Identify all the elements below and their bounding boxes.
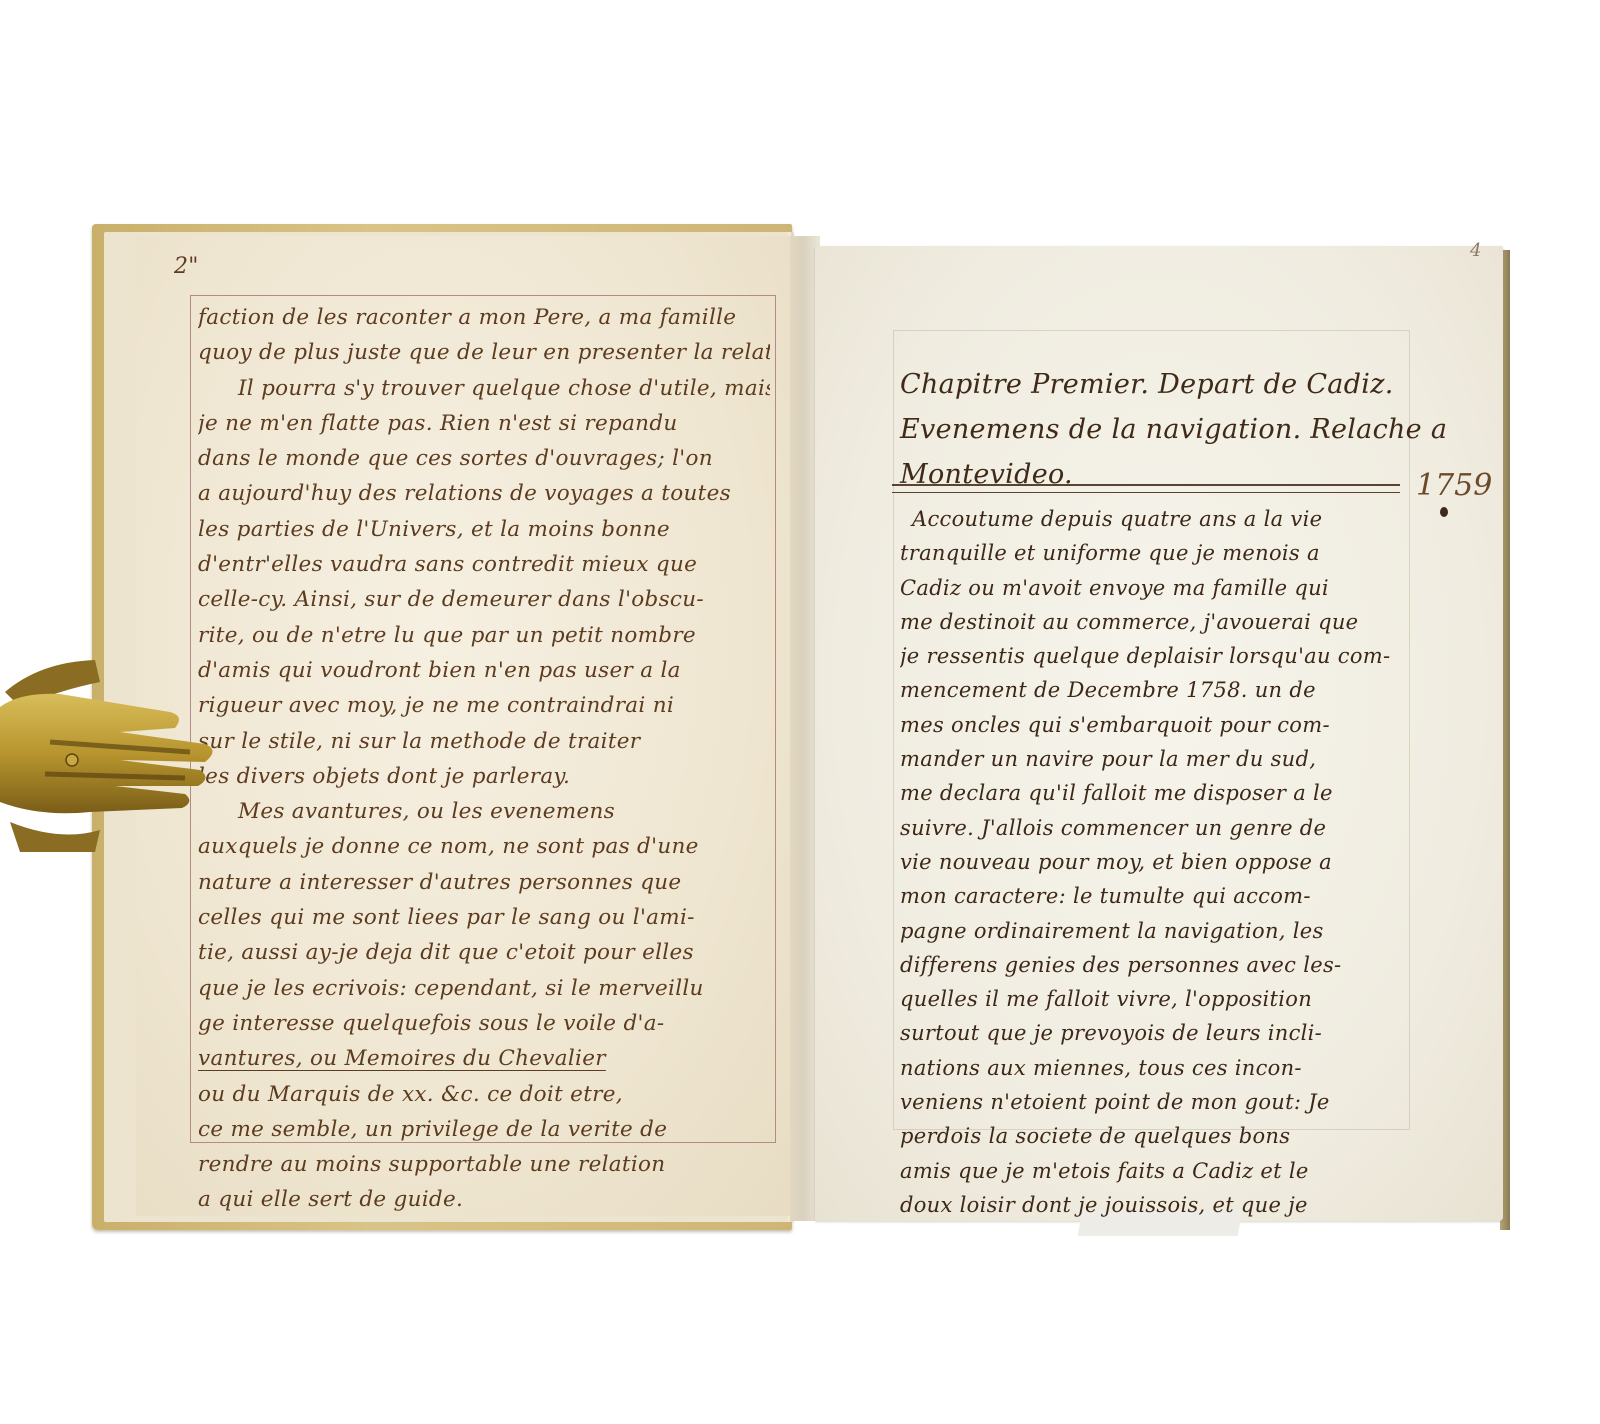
text-line: a aujourd'huy des relations de voyages a… (198, 476, 770, 511)
chapter-heading-line: Chapitre Premier. Depart de Cadiz. (900, 362, 1405, 407)
text-line: surtout que je prevoyois de leurs incli- (900, 1016, 1405, 1050)
text-line: pagne ordinairement la navigation, les (900, 914, 1405, 948)
text-line: veniens n'etoient point de mon gout: Je (900, 1085, 1405, 1119)
text-line: mes oncles qui s'embarquoit pour com- (900, 708, 1405, 742)
text-line: dans le monde que ces sortes d'ouvrages;… (198, 441, 770, 476)
text-line: differens genies des personnes avec les- (900, 948, 1405, 982)
text-line: quoy de plus juste que de leur en presen… (198, 335, 770, 370)
text-line: Il pourra s'y trouver quelque chose d'ut… (198, 371, 770, 406)
text-line: les divers objets dont je parleray. (198, 759, 770, 794)
right-page-number: 4 (1470, 240, 1481, 261)
text-line: Accoutume depuis quatre ans a la vie (900, 502, 1405, 536)
text-line: mander un navire pour la mer du sud, (900, 742, 1405, 776)
text-line: les parties de l'Univers, et la moins bo… (198, 512, 770, 547)
text-line: sur le stile, ni sur la methode de trait… (198, 724, 770, 759)
text-line: rendre au moins supportable une relation (198, 1147, 770, 1182)
text-line: nations aux miennes, tous ces incon- (900, 1051, 1405, 1085)
chapter-heading: Chapitre Premier. Depart de Cadiz. Evene… (900, 362, 1405, 497)
text-line: que je les ecrivois: cependant, si le me… (198, 971, 770, 1006)
chapter-heading-line: Evenemens de la navigation. Relache a (900, 407, 1405, 452)
text-line: ou du Marquis de xx. &c. ce doit etre, (198, 1077, 770, 1112)
text-line: celles qui me sont liees par le sang ou … (198, 900, 770, 935)
text-line: auxquels je donne ce nom, ne sont pas d'… (198, 829, 770, 864)
text-line: je ne m'en flatte pas. Rien n'est si rep… (198, 406, 770, 441)
text-line: doux loisir dont je jouissois, et que je (900, 1188, 1405, 1222)
manuscript-photo: 2" 4 faction de les raconter a mon Pere,… (0, 0, 1600, 1424)
left-page-text: faction de les raconter a mon Pere, a ma… (198, 300, 770, 1218)
text-line: je ressentis quelque deplaisir lorsqu'au… (900, 639, 1405, 673)
text-line: mon caractere: le tumulte qui accom- (900, 879, 1405, 913)
text-line: nature a interesser d'autres personnes q… (198, 865, 770, 900)
text-line: tranquille et uniforme que je menois a (900, 536, 1405, 570)
brass-hand-bookmark-icon (0, 652, 220, 852)
text-line: me destinoit au commerce, j'avouerai que (900, 605, 1405, 639)
text-line: faction de les raconter a mon Pere, a ma… (198, 300, 770, 335)
chapter-double-rule (892, 484, 1400, 493)
ink-dot (1440, 507, 1448, 517)
text-line: d'amis qui voudront bien n'en pas user a… (198, 653, 770, 688)
text-line: celle-cy. Ainsi, sur de demeurer dans l'… (198, 582, 770, 617)
text-line: Cadiz ou m'avoit envoye ma famille qui (900, 571, 1405, 605)
text-line: Mes avantures, ou les evenemens (198, 794, 770, 829)
text-line: suivre. J'allois commencer un genre de (900, 811, 1405, 845)
left-page-number: 2" (174, 254, 199, 279)
text-line: tie, aussi ay-je deja dit que c'etoit po… (198, 935, 770, 970)
text-line: ce me semble, un privilege de la verite … (198, 1112, 770, 1147)
text-line: quelles il me falloit vivre, l'oppositio… (900, 982, 1405, 1016)
right-page-text: Accoutume depuis quatre ans a la vie tra… (900, 502, 1405, 1222)
text-line: me declara qu'il falloit me disposer a l… (900, 776, 1405, 810)
text-line: a qui elle sert de guide. (198, 1182, 770, 1217)
text-line: perdois la societe de quelques bons (900, 1119, 1405, 1153)
text-line: amis que je m'etois faits a Cadiz et le (900, 1154, 1405, 1188)
text-line: rigueur avec moy, je ne me contraindrai … (198, 688, 770, 723)
text-line: ge interesse quelquefois sous le voile d… (198, 1006, 770, 1041)
text-line: vie nouveau pour moy, et bien oppose a (900, 845, 1405, 879)
text-line: d'entr'elles vaudra sans contredit mieux… (198, 547, 770, 582)
text-line-underlined: vantures, ou Memoires du Chevalier (198, 1041, 770, 1076)
text-line: mencement de Decembre 1758. un de (900, 673, 1405, 707)
text-line: rite, ou de n'etre lu que par un petit n… (198, 618, 770, 653)
margin-year-note: 1759 (1416, 468, 1492, 503)
